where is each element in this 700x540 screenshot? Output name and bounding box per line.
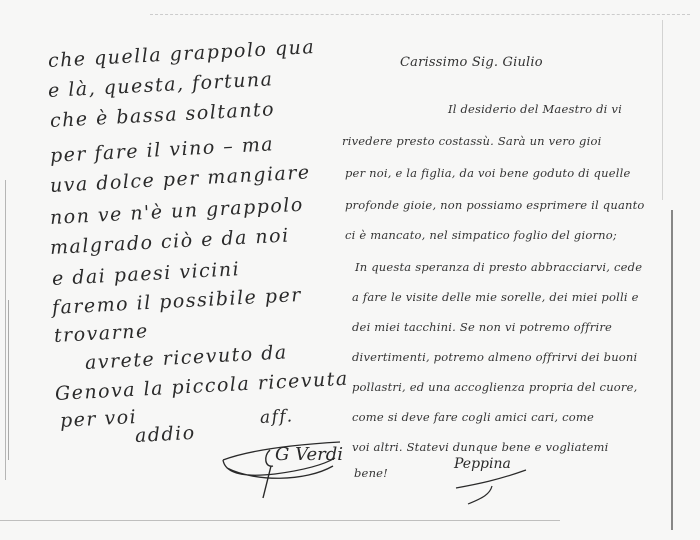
right-line-5: ci è mancato, nel simpatico foglio del g… xyxy=(345,228,617,242)
left-line-3: che è bassa soltanto xyxy=(49,98,275,132)
left-line-2: e là, questa, fortuna xyxy=(47,68,274,102)
svg-text:Peppina: Peppina xyxy=(453,456,511,472)
left-line-13: per voi xyxy=(59,406,137,432)
right-line-6: In questa speranza di presto abbracciarv… xyxy=(355,260,642,274)
scan-top-edge xyxy=(150,14,690,16)
right-line-9: divertimenti, potremo almeno offrirvi de… xyxy=(352,350,637,364)
left-fold-line-2 xyxy=(8,300,9,460)
verdi-signature: G Verdi xyxy=(215,430,345,510)
left-line-11: avrete ricevuto da xyxy=(84,341,288,374)
right-line-7: a fare le visite delle mie sorelle, dei … xyxy=(352,290,639,304)
left-line-5: uva dolce per mangiare xyxy=(49,161,311,197)
left-line-10: trovarne xyxy=(53,320,149,347)
right-line-8: dei miei tacchini. Se non vi potremo off… xyxy=(352,320,612,334)
closing-aff: aff. xyxy=(259,406,294,428)
right-line-1: Il desiderio del Maestro di vi xyxy=(448,102,622,116)
peppina-signature: Peppina xyxy=(448,448,538,508)
left-line-9: faremo il possibile per xyxy=(51,284,302,319)
right-line-2: rivedere presto costassù. Sarà un vero g… xyxy=(342,134,601,148)
left-line-7: malgrado ciò e da noi xyxy=(49,224,290,259)
right-line-11: come si deve fare cogli amici cari, come xyxy=(352,410,594,424)
right-fold-line-2 xyxy=(662,20,663,200)
letter-sheet: che quella grappolo qua e là, questa, fo… xyxy=(0,0,700,540)
left-line-1: che quella grappolo qua xyxy=(47,36,315,72)
left-fold-line xyxy=(5,180,6,480)
salutation: Carissimo Sig. Giulio xyxy=(400,55,543,70)
left-line-6: non ve n'è un grappolo xyxy=(49,194,304,229)
right-line-13: bene! xyxy=(354,466,388,480)
left-line-14: addio xyxy=(134,422,196,447)
right-line-4: profonde gioie, non possiamo esprimere i… xyxy=(345,198,645,212)
left-line-4: per fare il vino – ma xyxy=(49,133,274,167)
right-line-10: pollastri, ed una accoglienza propria de… xyxy=(352,380,637,394)
right-fold-line xyxy=(671,210,673,530)
svg-text:G Verdi: G Verdi xyxy=(275,444,343,465)
right-line-3: per noi, e la figlia, da voi bene goduto… xyxy=(345,166,630,180)
bottom-edge-line xyxy=(0,520,560,521)
left-line-8: e dai paesi vicini xyxy=(51,258,240,290)
